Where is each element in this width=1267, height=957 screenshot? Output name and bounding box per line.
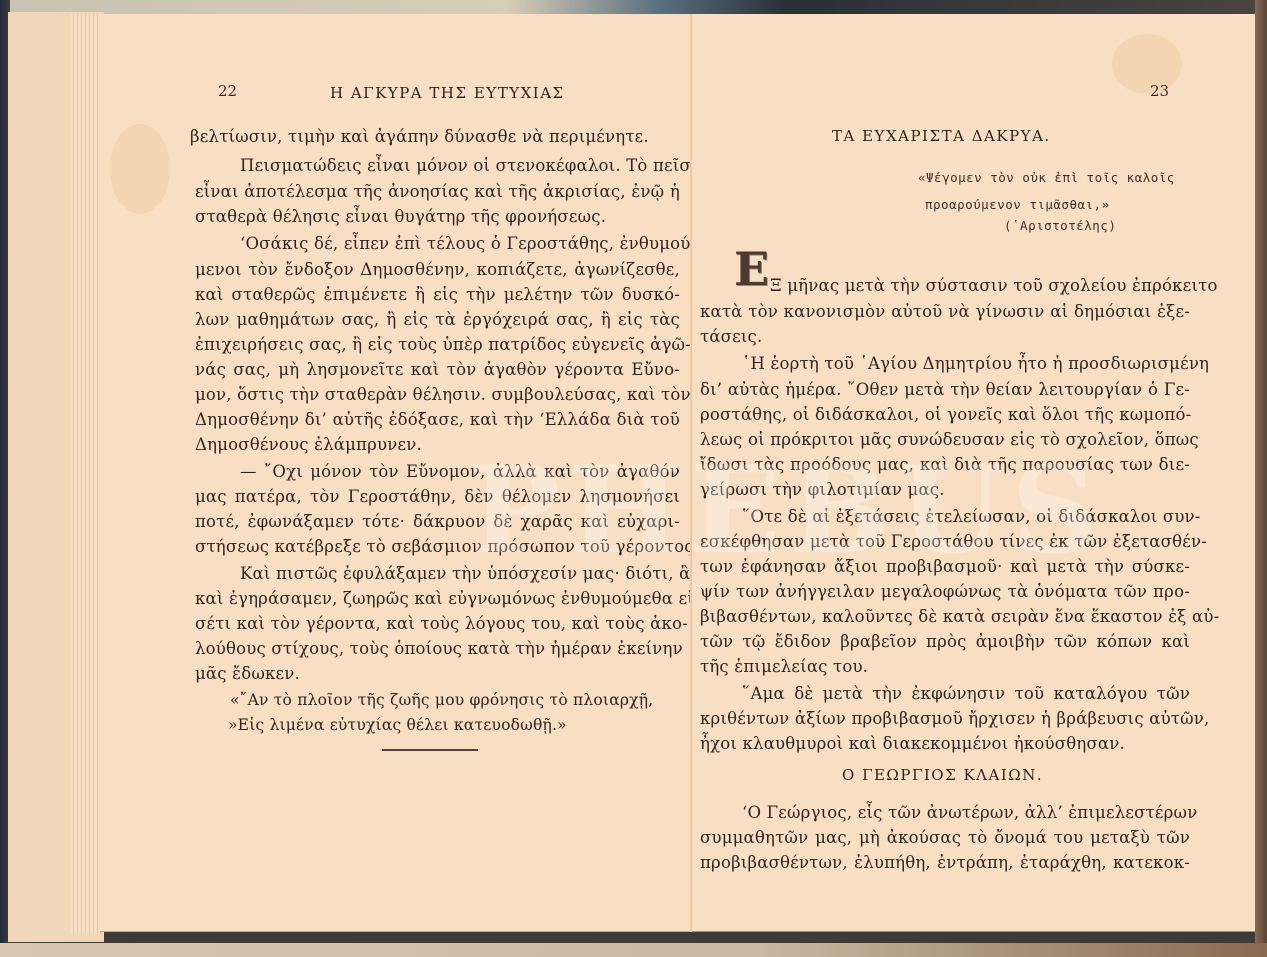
- text-line: σταθερὰ θέλησις εἶναι θυγάτηρ τῆς φρονήσ…: [195, 207, 606, 226]
- text-line: ‘Οσάκις δέ, εἶπεν ἐπὶ τέλους ὁ Γεροστάθη…: [240, 234, 680, 253]
- drop-cap: Ε: [734, 246, 769, 292]
- text-line: ‘Ο Γεώργιος, εἷς τῶν ἀνωτέρων, ἀλλ’ ἐπιμ…: [742, 803, 1190, 822]
- text-line: Ξ μῆνας μετὰ τὴν σύστασιν τοῦ σχολείου ἐ…: [770, 276, 1190, 295]
- page-number: 22: [218, 82, 237, 100]
- text-line: ῞Αμα δὲ μετὰ τὴν ἐκφώνησιν τοῦ καταλόγου…: [742, 684, 1190, 703]
- book-cover-right: [1255, 0, 1267, 957]
- text-line: μᾶς ἔδωκεν.: [195, 664, 300, 683]
- text-line: μενοι τὸν ἔνδοξον Δημοσθένην, κοπιάζετε,…: [195, 260, 680, 279]
- text-line: μον, ὅστις τὴν σταθερὰν θέλησιν. συμβουλ…: [195, 385, 680, 404]
- text-line: γείρωσι τὴν φιλοτιμίαν μας.: [700, 480, 945, 499]
- page-number: 23: [1150, 82, 1169, 100]
- text-line: σέτι καὶ τὸν γέροντα, καὶ τοὺς λόγους το…: [195, 614, 680, 633]
- text-line: λεως οἱ πρόκριτοι μᾶς συνώδευσαν εἰς τὸ …: [700, 430, 1190, 449]
- text-line: προβιβασθέντων, ἐλυπήθη, ἐντράπη, ἐταράχ…: [700, 853, 1190, 872]
- section-title: Ο ΓΕΩΡΓΙΟΣ ΚΛΑΙΩΝ.: [842, 766, 1043, 784]
- verse-line: «῎Αν τὸ πλοῖον τῆς ζωῆς μου φρόνησις τὸ …: [230, 691, 653, 709]
- text-line: τάσεις.: [700, 327, 762, 346]
- text-line: ποτέ, ἐφωνάξαμεν τότε· δάκρυον δὲ χαρᾶς …: [195, 512, 680, 531]
- text-line: δι’ αὐτὰς ἡμέρα. ῞Οθεν μετὰ τὴν θείαν λε…: [700, 380, 1190, 399]
- text-line: κριθέντων ἀξίων προβιβασμοῦ ἤρχισεν ἡ βρ…: [700, 709, 1190, 728]
- text-line: των ἐφάνησαν ἄξιοι προβιβασμοῦ· καὶ μετὰ…: [700, 557, 1190, 576]
- text-line: τῶν τῷ ἔδιδον βραβεῖον πρὸς ἀμοιβὴν τῶν …: [700, 632, 1190, 651]
- text-line: εἶναι ἀποτέλεσμα τῆς ἀνοησίας καὶ τῆς ἀκ…: [195, 182, 680, 201]
- text-line: ἦχοι κλαυθμυροὶ καὶ διακεκομμένοι ἠκούσθ…: [700, 734, 1125, 753]
- page-edges: [70, 14, 101, 934]
- text-line: Πεισματώδεις εἶναι μόνον οἱ στενοκέφαλοι…: [240, 156, 680, 175]
- text-line: Δημοσθένην δι’ αὐτῆς ἐδόξασε, καὶ τὴν ‘Ε…: [195, 410, 680, 429]
- text-line: συμμαθητῶν μας, μὴ ἀκούσας τὸ ὄνομά του …: [700, 828, 1190, 847]
- text-line: ῞Οτε δὲ αἱ ἐξετάσεις ἐτελείωσαν, οἱ διδά…: [742, 507, 1190, 526]
- right-page: 23 ΤΑ ΕΥΧΑΡΙΣΤΑ ΔΑΚΡΥΑ. «Ψέγομεν τὸν οὐκ…: [692, 14, 1255, 932]
- chapter-title: ΤΑ ΕΥΧΑΡΙΣΤΑ ΔΑΚΡΥΑ.: [832, 127, 1051, 145]
- text-line: ἐπιχειρήσεις σας, ἢ εἰς τοὺς ὑπὲρ πατρίδ…: [195, 335, 680, 354]
- text-line: στήσεως κατέβρεξε τὸ σεβάσμιον πρόσωπον …: [195, 537, 680, 556]
- running-head: Η ΑΓΚΥΡΑ ΤΗΣ ΕΥΤΥΧΙΑΣ: [330, 84, 565, 102]
- text-line: μας πατέρα, τὸν Γεροστάθην, δὲν θέλομεν …: [195, 487, 680, 506]
- text-line: Δημοσθένους ἐλάμπρυνεν.: [195, 435, 422, 454]
- text-line: τῆς ἐπιμελείας του.: [700, 657, 868, 676]
- verse-line: »Εἰς λιμένα εὐτυχίας θέλει κατευοδωθῇ.»: [228, 716, 567, 734]
- text-line: — ῎Οχι μόνον τὸν Εὔνομον, ἀλλὰ καὶ τὸν ἀ…: [240, 462, 680, 481]
- book-cover-bottom: [0, 943, 1267, 957]
- left-page: 22 Η ΑΓΚΥΡΑ ΤΗΣ ΕΥΤΥΧΙΑΣ βελτίωσιν, τιμὴ…: [100, 14, 692, 932]
- text-line: καὶ ἐγηράσαμεν, ζωηρῶς καὶ εὐγνωμόνως ἐν…: [195, 589, 680, 608]
- text-line: νάς σας, μὴ λησμονεῖτε καὶ τὸν ἀγαθὸν γέ…: [195, 360, 680, 379]
- text-line: ῾Η ἑορτὴ τοῦ ῾Αγίου Δημητρίου ἦτο ἡ προσ…: [742, 354, 1190, 373]
- paper-stain: [110, 124, 170, 214]
- text-line: καὶ σταθερῶς ἐπιμένετε ἢ εἰς τὴν μελέτην…: [195, 285, 680, 304]
- text-line: λων μαθημάτων σας, ἢ εἰς τὰ ἐργόχειρά σα…: [195, 310, 680, 329]
- text-line: ψίν των ἀνήγγειλαν μεγαλοφώνως τὰ ὀνόματ…: [700, 582, 1190, 601]
- text-line: λούθους στίχους, τοὺς ὁποίους κατὰ τὴν ἡ…: [195, 639, 680, 658]
- text-line: κατὰ τὸν κανονισμὸν αὐτοῦ νὰ γίνωσιν αἱ …: [700, 302, 1190, 321]
- epigraph-line: «Ψέγομεν τὸν οὐκ ἐπὶ τοῖς καλοῖς: [918, 170, 1175, 185]
- section-rule: [382, 749, 478, 751]
- text-line: ἴδωσι τὰς προόδους μας, καὶ διὰ τῆς παρο…: [700, 455, 1190, 474]
- paper-stain: [1112, 34, 1182, 94]
- epigraph-line: προαρούμενον τιμᾶσθαι,»: [925, 197, 1110, 212]
- text-line: Καὶ πιστῶς ἐφυλάξαμεν τὴν ὑπόσχεσίν μας·…: [240, 564, 680, 583]
- text-line: ροστάθης, οἱ διδάσκαλοι, οἱ γονεῖς καὶ ὅ…: [700, 405, 1190, 424]
- text-line: βιβασθέντων, καλοῦντες δὲ κατὰ σειρὰν ἕν…: [700, 607, 1190, 626]
- text-line: βελτίωσιν, τιμὴν καὶ ἀγάπην δύνασθε νὰ π…: [190, 127, 630, 146]
- text-line: εσκέφθησαν μετὰ τοῦ Γεροστάθου τίνες ἐκ …: [700, 532, 1190, 551]
- epigraph-attribution: (῾Αριστοτέλης): [1004, 218, 1116, 233]
